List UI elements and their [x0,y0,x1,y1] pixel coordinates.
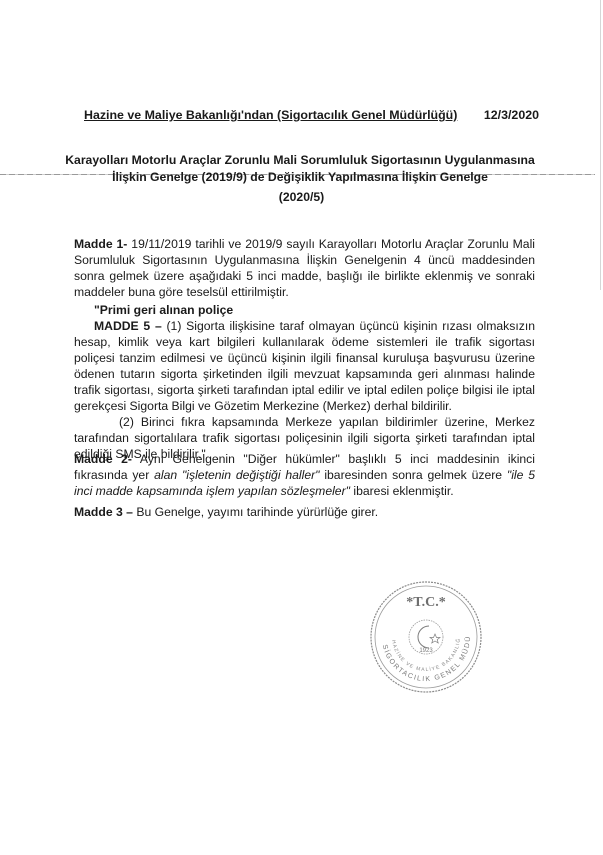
stamp-year: 1923 [419,648,433,654]
stamp-tc: *T.C.* [406,595,445,610]
article-5-heading: "Primi geri alınan poliçe [74,302,535,318]
document-title: Karayolları Motorlu Araçlar Zorunlu Mali… [60,152,540,186]
article-1-label: Madde 1- [74,237,127,251]
article-2-label: Madde 2- [74,452,132,466]
article-3-text: Bu Genelge, yayımı tarihinde yürürlüğe g… [133,505,378,519]
circular-number: (2020/5) [0,190,603,204]
svg-text:HAZİNE VE MALİYE BAKANLIĞI: HAZİNE VE MALİYE BAKANLIĞI [369,580,462,673]
article-2: Madde 2- Aynı Genelgenin "Diğer hükümler… [74,451,535,499]
document-date: 12/3/2020 [484,108,539,122]
issuer: Hazine ve Maliye Bakanlığı'ndan (Sigorta… [84,108,457,122]
document-header: Hazine ve Maliye Bakanlığı'ndan (Sigorta… [84,108,539,122]
article-2-text-b: ibaresinden sonra gelmek üzere [320,468,507,482]
article-5-label: MADDE 5 – [94,319,162,333]
article-1-text: 19/11/2019 tarihli ve 2019/9 sayılı Kara… [74,237,535,299]
title-line-1: Karayolları Motorlu Araçlar Zorunlu Mali… [60,152,540,169]
article-3-label: Madde 3 – [74,505,133,519]
official-seal-stamp: *T.C.* SİGORTACILIK GENEL MÜDÜRLÜĞÜ HAZİ… [369,580,483,694]
stamp-inner-text: HAZİNE VE MALİYE BAKANLIĞI [369,580,462,673]
article-5-para-1: (1) Sigorta ilişkisine taraf olmayan üçü… [74,319,535,413]
article-2-text-c: ibaresi eklenmiştir. [350,484,454,498]
article-5-insert: "Primi geri alınan poliçe MADDE 5 – (1) … [74,302,535,462]
title-line-2: İlişkin Genelge (2019/9) de Değişiklik Y… [112,169,488,186]
article-1: Madde 1- 19/11/2019 tarihli ve 2019/9 sa… [74,236,535,300]
page-edge-line [600,0,601,290]
article-2-italic-a: alan "işletenin değiştiği haller" [154,468,319,482]
article-3: Madde 3 – Bu Genelge, yayımı tarihinde y… [74,504,535,520]
